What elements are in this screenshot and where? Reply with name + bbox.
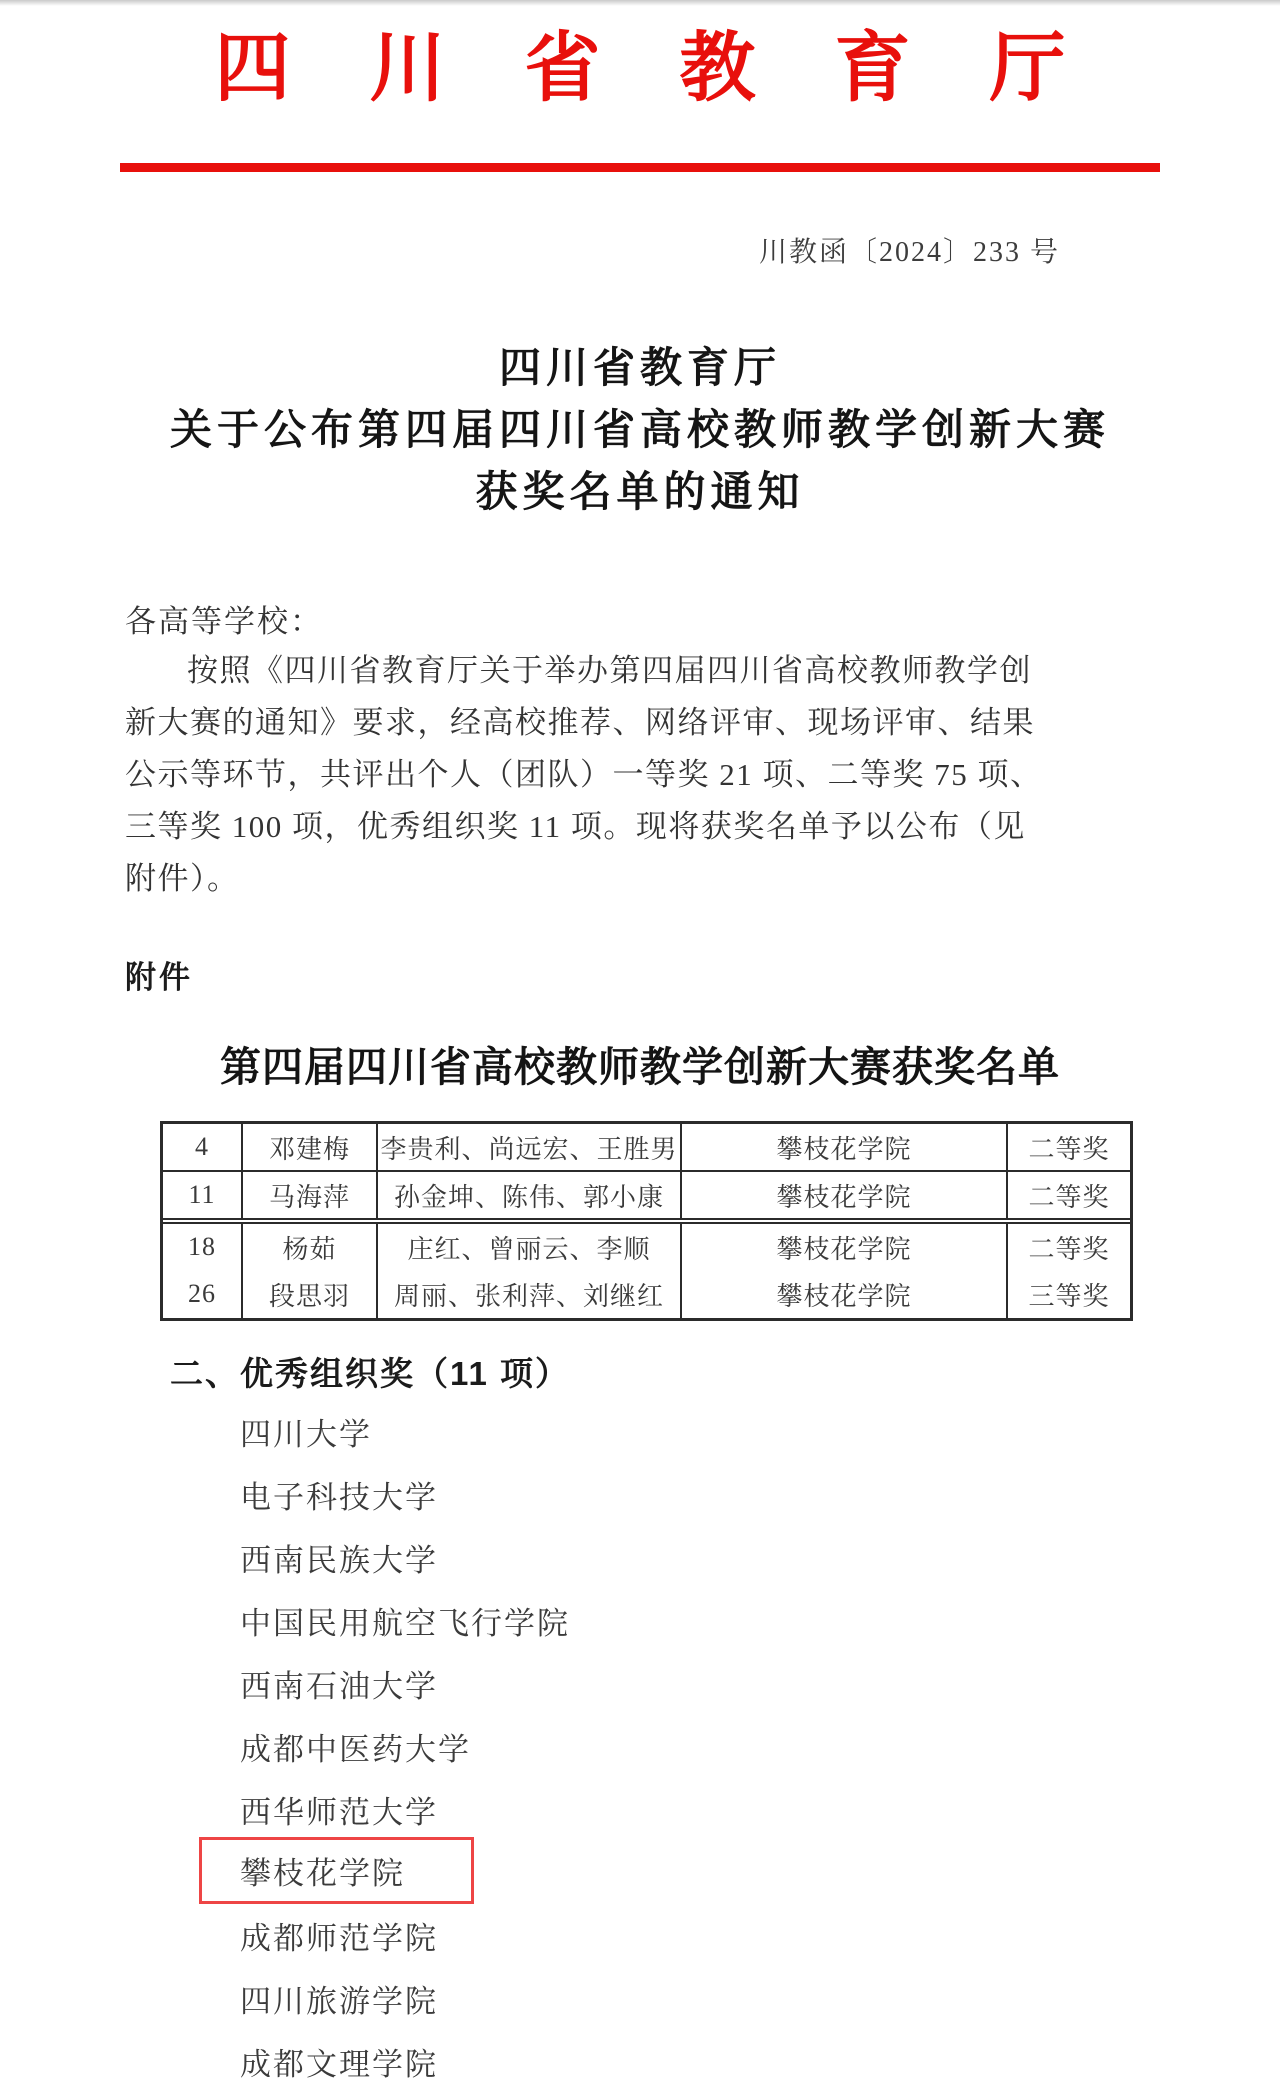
cell-team-members: 李贵利、尚远宏、王胜男 <box>378 1124 682 1170</box>
cell-school: 攀枝花学院 <box>682 1270 1008 1318</box>
letterhead-rule <box>120 163 1160 172</box>
university-list-item: 成都师范学院 <box>240 1904 940 1967</box>
university-name: 成都中医药大学 <box>240 1724 471 1769</box>
university-name: 西南民族大学 <box>240 1535 438 1580</box>
scan-edge <box>0 0 1280 6</box>
table-row: 26 段思羽 周丽、张利萍、刘继红 攀枝花学院 三等奖 <box>163 1270 1130 1318</box>
organization-award-heading: 二、优秀组织奖（11 项） <box>170 1348 570 1395</box>
table-row: 4 邓建梅 李贵利、尚远宏、王胜男 攀枝花学院 二等奖 <box>163 1124 1130 1172</box>
university-name: 成都文理学院 <box>240 2039 438 2084</box>
cell-award-level: 二等奖 <box>1008 1172 1130 1218</box>
salutation: 各高等学校： <box>125 596 323 641</box>
attachment-label: 附件 <box>125 952 193 997</box>
cell-leader-name: 段思羽 <box>243 1270 378 1318</box>
cell-team-members: 周丽、张利萍、刘继红 <box>378 1270 682 1318</box>
university-name: 西华师范大学 <box>240 1787 438 1832</box>
university-list-item: 西华师范大学 <box>240 1778 940 1841</box>
agency-letterhead: 四川省教育厅 <box>0 26 1280 113</box>
university-name: 四川旅游学院 <box>240 1976 438 2021</box>
cell-rank-number: 4 <box>163 1124 243 1170</box>
cell-school: 攀枝花学院 <box>682 1124 1008 1170</box>
university-name: 四川大学 <box>240 1409 372 1454</box>
cell-team-members: 孙金坤、陈伟、郭小康 <box>378 1172 682 1218</box>
notice-title-line: 获奖名单的通知 <box>0 462 1280 524</box>
table-row: 18 杨茹 庄红、曾丽云、李顺 攀枝花学院 二等奖 <box>163 1222 1130 1270</box>
university-name: 西南石油大学 <box>240 1661 438 1706</box>
university-list-item: 电子科技大学 <box>240 1463 940 1526</box>
table-row: 11 马海萍 孙金坤、陈伟、郭小康 攀枝花学院 二等奖 <box>163 1172 1130 1220</box>
cell-rank-number: 26 <box>163 1270 243 1318</box>
cell-rank-number: 18 <box>163 1224 243 1270</box>
attachment-title: 第四届四川省高校教师教学创新大赛获奖名单 <box>0 1034 1280 1093</box>
university-list-item: 西南民族大学 <box>240 1526 940 1589</box>
cell-leader-name: 邓建梅 <box>243 1124 378 1170</box>
document-number: 川教函〔2024〕233 号 <box>759 230 1060 270</box>
notice-title: 四川省教育厅 关于公布第四届四川省高校教师教学创新大赛 获奖名单的通知 <box>0 338 1280 524</box>
university-list-item: 西南石油大学 <box>240 1652 940 1715</box>
university-list-item: 攀枝花学院 <box>240 1841 940 1904</box>
cell-leader-name: 杨茹 <box>243 1224 378 1270</box>
cell-award-level: 三等奖 <box>1008 1270 1130 1318</box>
body-line: 三等奖 100 项，优秀组织奖 11 项。现将获奖名单予以公布（见 <box>125 804 1055 856</box>
body-line: 新大赛的通知》要求，经高校推荐、网络评审、现场评审、结果 <box>125 700 1055 752</box>
university-name: 电子科技大学 <box>240 1472 438 1517</box>
body-line: 按照《四川省教育厅关于举办第四届四川省高校教师教学创 <box>125 648 1055 700</box>
university-name: 攀枝花学院 <box>199 1837 474 1904</box>
awards-table: 4 邓建梅 李贵利、尚远宏、王胜男 攀枝花学院 二等奖 11 马海萍 孙金坤、陈… <box>160 1121 1133 1321</box>
cell-rank-number: 11 <box>163 1172 243 1218</box>
university-name: 成都师范学院 <box>240 1913 438 1958</box>
body-line: 附件）。 <box>125 856 1055 908</box>
university-list-item: 四川旅游学院 <box>240 1967 940 2030</box>
notice-title-line: 四川省教育厅 <box>0 338 1280 400</box>
body-paragraph: 按照《四川省教育厅关于举办第四届四川省高校教师教学创 新大赛的通知》要求，经高校… <box>125 648 1055 908</box>
cell-school: 攀枝花学院 <box>682 1224 1008 1270</box>
university-list-item: 成都中医药大学 <box>240 1715 940 1778</box>
cell-school: 攀枝花学院 <box>682 1172 1008 1218</box>
notice-title-line: 关于公布第四届四川省高校教师教学创新大赛 <box>0 400 1280 462</box>
university-name: 中国民用航空飞行学院 <box>240 1598 570 1643</box>
cell-team-members: 庄红、曾丽云、李顺 <box>378 1224 682 1270</box>
cell-leader-name: 马海萍 <box>243 1172 378 1218</box>
cell-award-level: 二等奖 <box>1008 1224 1130 1270</box>
cell-award-level: 二等奖 <box>1008 1124 1130 1170</box>
body-line: 公示等环节，共评出个人（团队）一等奖 21 项、二等奖 75 项、 <box>125 752 1055 804</box>
university-list: 四川大学 电子科技大学 西南民族大学 中国民用航空飞行学院 西南石油大学 成都中… <box>240 1400 940 2087</box>
university-list-item: 四川大学 <box>240 1400 940 1463</box>
document-page: 四川省教育厅 川教函〔2024〕233 号 四川省教育厅 关于公布第四届四川省高… <box>0 0 1280 2087</box>
university-list-item: 成都文理学院 <box>240 2030 940 2087</box>
university-list-item: 中国民用航空飞行学院 <box>240 1589 940 1652</box>
